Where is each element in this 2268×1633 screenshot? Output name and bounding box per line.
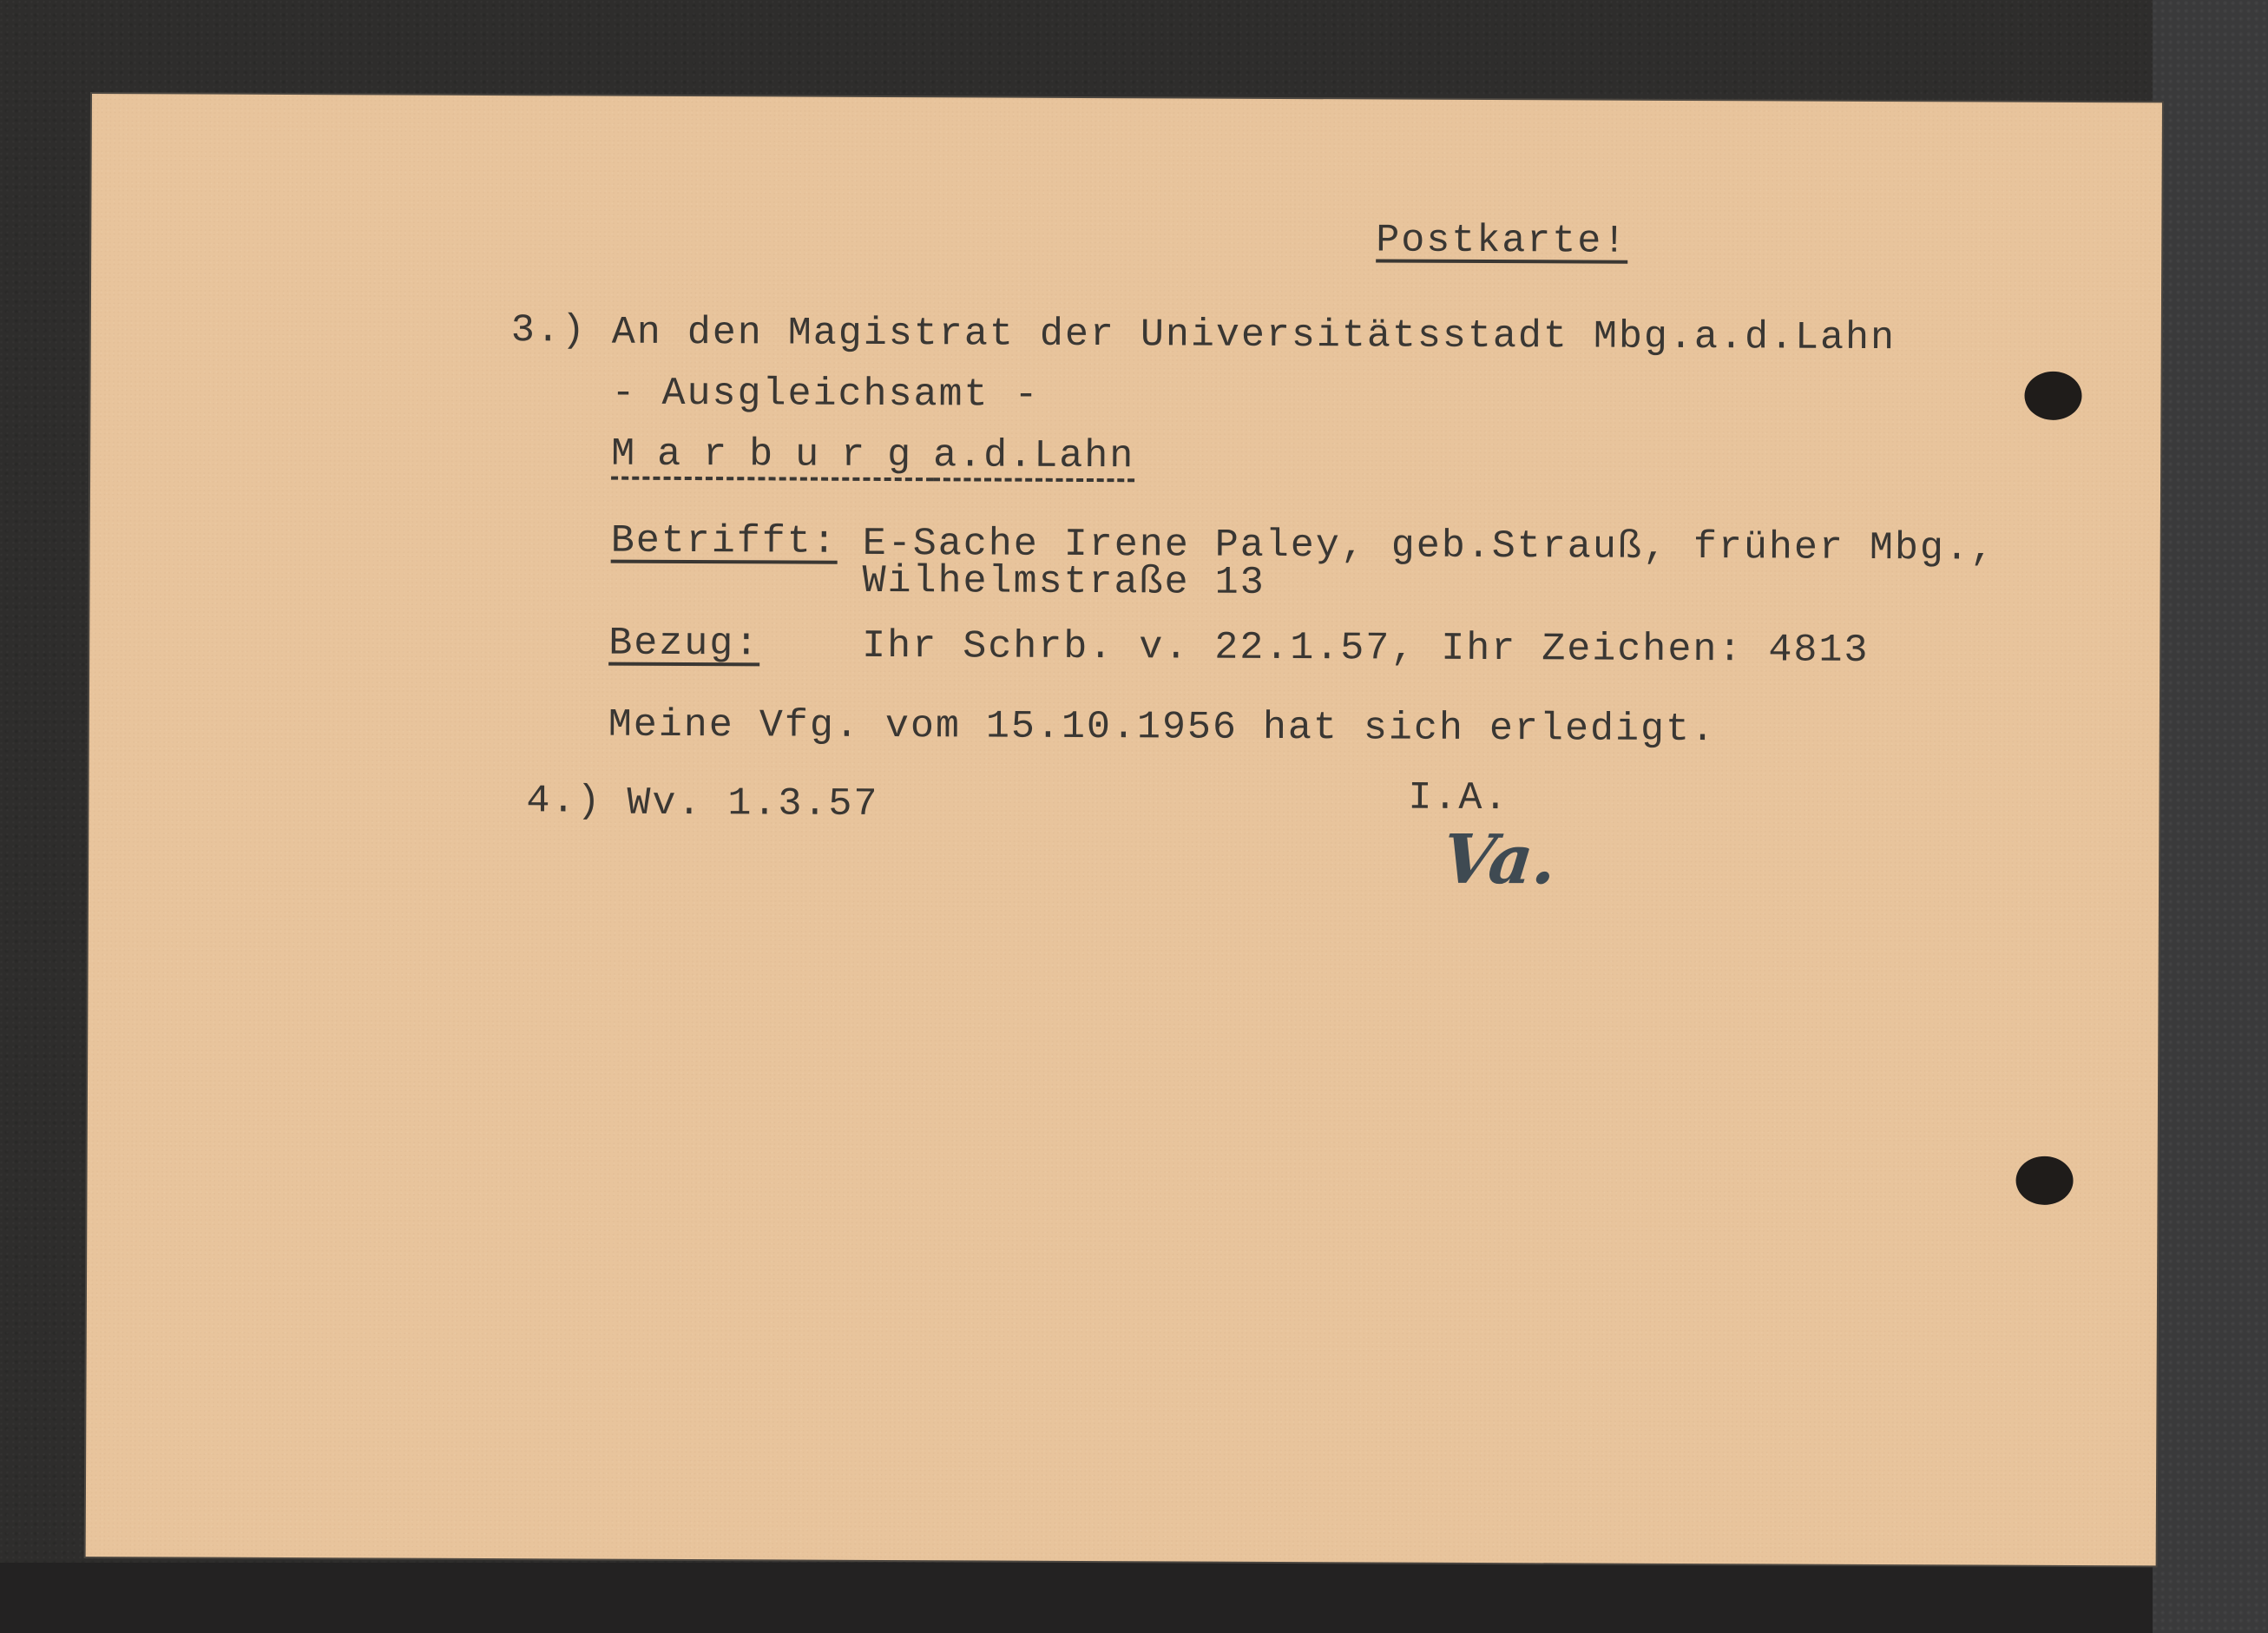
- bezug-text: Ihr Schrb. v. 22.1.57, Ihr Zeichen: 4813: [862, 627, 1869, 670]
- city-suffix: a.d.Lahn: [933, 433, 1134, 478]
- postcard-document: Postkarte! 3.) An den Magistrat der Univ…: [86, 94, 2162, 1565]
- item-3-number: 3.): [511, 311, 587, 350]
- punch-hole-bottom: [2015, 1156, 2073, 1205]
- heading-postkarte: Postkarte!: [1376, 221, 1627, 260]
- signature-prefix: I.A.: [1408, 779, 1509, 819]
- handwritten-signature: Va.: [1438, 820, 1561, 900]
- recipient-city: Marburga.d.Lahn: [611, 435, 1134, 477]
- betrifft-label: Betrifft:: [611, 522, 838, 562]
- dark-background-bottom: [0, 1563, 2153, 1633]
- city-name-spaced: Marburg: [611, 432, 933, 478]
- punch-hole-top: [2024, 372, 2081, 420]
- item-4-text: Wv. 1.3.57: [627, 784, 878, 824]
- recipient-line-2: - Ausgleichsamt -: [611, 374, 1039, 415]
- item-4-number: 4.): [526, 781, 602, 820]
- betrifft-line-2: Wilhelmstraße 13: [862, 562, 1265, 602]
- recipient-line-1: An den Magistrat der Universitätsstadt M…: [612, 313, 1896, 358]
- body-text: Meine Vfg. vom 15.10.1956 hat sich erled…: [608, 706, 1716, 750]
- bezug-label: Bezug:: [608, 624, 759, 664]
- dark-background-right: [2153, 0, 2268, 1633]
